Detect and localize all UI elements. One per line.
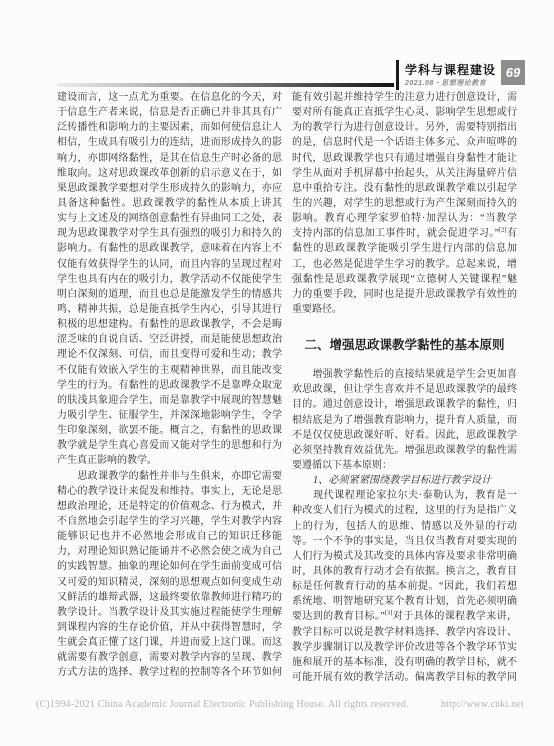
text-line: 为的教学行为进行创意设计。另外，需要特别指出 — [292, 120, 517, 135]
text-line: 的实践智慧。抽象的理论如何在学生面前变成可信 — [57, 559, 282, 574]
header-divider-bar — [396, 60, 399, 90]
text-line: 不仅能有效嵌入学生的主观精神世界，而且能改变 — [57, 363, 282, 378]
text-line: 学生从面对手机屏幕中抬起头，从关注海量碎片信 — [292, 166, 517, 181]
journal-page: 学科与课程建设 2021.08・思想理论教育 69 建设而言，这一点尤为重要。在… — [0, 0, 554, 746]
section-heading: 二、增强思政课教学黏性的基本原则 — [292, 337, 517, 354]
text-line: 增强教学黏性后的直接结果就是学生会更加喜 — [292, 367, 517, 382]
text-line: 现为思政课教学对学生具有强烈的吸引力和持久的 — [57, 226, 282, 241]
text-line: 到课程内容的生存论价值，并从中获得智慧时，学 — [57, 620, 282, 635]
subsection-heading: 1、必须紧紧围绕教学目标进行教学设计 — [292, 473, 517, 488]
text-line: 精心的教学设计来促发和维持。事实上，无论是思 — [57, 484, 282, 499]
text-line: 仅能有效获得学生的认同，而且内容的呈现过程对 — [57, 257, 282, 272]
text-line: 泛传播性和影响力的主要因素，而如何使信息让人 — [57, 120, 282, 135]
text-line: 支持内部的信息加工事件时，就会促进学习。”[2]有 — [292, 226, 517, 241]
text-line: 于信息生产者来说，信息是否正确已并非其具有广 — [57, 105, 282, 120]
text-line: 具备这种黏性。思政课教学的黏性从本质上讲其 — [57, 196, 282, 211]
left-column: 建设而言，这一点尤为重要。在信息化的今天，对于信息生产者来说，信息是否正确已并非… — [57, 90, 282, 685]
text-line: 教学目标可以说是教学材料选择、教学内容设计、 — [292, 625, 517, 640]
text-line: 产生真正影响的教学。 — [57, 453, 282, 468]
page-footer: (C)1994-2021 China Academic Journal Elec… — [36, 699, 524, 710]
text-line: 现代课程理论家拉尔夫·泰勒认为，教育是一 — [292, 488, 517, 503]
text-line: 要遵循以下基本原则： — [292, 458, 517, 473]
page-header: 学科与课程建设 2021.08・思想理论教育 69 — [396, 60, 525, 90]
text-line: 息中重拾专注。没有黏性的思政课教学难以引起学 — [292, 181, 517, 196]
right-column-text-1: 能有效引起并维持学生的注意力进行创意设计，需要对所有能真正直抵学生心灵、影响学生… — [292, 90, 517, 317]
text-line: 果思政课教学要想对学生形成持久的影响力，亦应 — [57, 181, 282, 196]
text-line: 生印象深刻，欲罢不能。概言之，有黏性的思政课 — [57, 423, 282, 438]
text-line: 标是任何教育行动的基本前提。“因此，我们若想 — [292, 579, 517, 594]
header-text: 学科与课程建设 2021.08・思想理论教育 — [405, 60, 496, 90]
cnki-url: http://www.cnki.net — [441, 699, 524, 710]
text-line: 影响。教育心理学家罗伯特·加涅认为：“当教学 — [292, 211, 517, 226]
text-line: 维取向。这对思政课改革创新的启示意义在于，如 — [57, 166, 282, 181]
text-line: 教学步骤制订以及教学评价改进等各个教学环节实 — [292, 640, 517, 655]
text-line: 不自然地会引起学生的学习兴趣，学生对教学内容 — [57, 514, 282, 529]
header-rule — [57, 83, 394, 87]
text-line: 生的兴趣，对学生的思想或行为产生深刻而持久的 — [292, 196, 517, 211]
text-line: 人们行为模式及其改变的具体内容及要求非常明确 — [292, 549, 517, 564]
text-line: 目的。通过创意设计，增强思政课教学的黏性，归 — [292, 397, 517, 412]
text-line: 重要路径。 — [292, 302, 517, 317]
copyright-text: (C)1994-2021 China Academic Journal Elec… — [36, 699, 409, 710]
text-line: 明白深刻的道理，而且也总是能激发学生的情感共 — [57, 287, 282, 302]
text-line: 影响力。有黏性的思政课教学，意味着在内容上不 — [57, 241, 282, 256]
text-line: 施和展开的基本标准，没有明确的教学目标，就不 — [292, 655, 517, 670]
text-line: 学生的行为。有黏性的思政课教学不是靠哗众取宠 — [57, 378, 282, 393]
text-line: 可能开展有效的教学活动。偏离教学目标的教学同 — [292, 670, 517, 685]
text-line: 力的重要手段，同时也是提升思政课教学有效性的 — [292, 287, 517, 302]
text-line: 时代，思政课教学也只有通过增强自身黏性才能让 — [292, 151, 517, 166]
text-line: 根结底是为了增强教育影响力，提升育人质量，而 — [292, 413, 517, 428]
text-line: 响力，亦即网络黏性，是其在信息生产时必备的思 — [57, 151, 282, 166]
text-line: 教学设计。当教学设计及其实施过程能使学生理解 — [57, 605, 282, 620]
page-number-badge: 69 — [501, 60, 525, 85]
text-line: 的是，信息时代是一个话语主体多元、众声喧哗的 — [292, 135, 517, 150]
text-line: 要达到的教育目标。”[3]对于具体的课程教学来讲， — [292, 609, 517, 624]
text-line: 要对所有能真正直抵学生心灵、影响学生思想或行 — [292, 105, 517, 120]
text-line: 工，也必然是促进学生学习的教学。总起来说，增 — [292, 257, 517, 272]
text-line: 黏性的思政课教学能吸引学生进行内部的信息加 — [292, 241, 517, 256]
text-line: 等。一个不争的事实是，当且仅当教育对要实现的 — [292, 534, 517, 549]
left-column-text: 建设而言，这一点尤为重要。在信息化的今天，对于信息生产者来说，信息是否正确已并非… — [57, 90, 282, 680]
text-line: 理论不仅深刻、可信，而且变得可爱和生动；教学 — [57, 347, 282, 362]
right-column-text-3: 现代课程理论家拉尔夫·泰勒认为，教育是一种改变人们行为模式的过程，这里的行为是指… — [292, 488, 517, 685]
text-line: 涩乏味的自说自话、空泛讲授，而是能使思想政治 — [57, 332, 282, 347]
article-body: 建设而言，这一点尤为重要。在信息化的今天，对于信息生产者来说，信息是否正确已并非… — [57, 90, 517, 685]
right-column: 能有效引起并维持学生的注意力进行创意设计，需要对所有能真正直抵学生心灵、影响学生… — [292, 90, 517, 685]
text-line: 时，具体的教育行动才会有依据。换言之，教育目 — [292, 564, 517, 579]
text-line: 积极的思想建构。有黏性的思政课教学，不会是晦 — [57, 317, 282, 332]
text-line: 力吸引学生、征服学生，并深深地影响学生，令学 — [57, 408, 282, 423]
text-line: 能够识记也并不必然地会形成自己的知识迁移能 — [57, 529, 282, 544]
text-line: 教学就是学生真心喜爱而又能对学生的思想和行为 — [57, 438, 282, 453]
section-title: 学科与课程建设 — [405, 61, 496, 78]
issue-info: 2021.08・思想理论教育 — [405, 78, 496, 88]
text-line: 建设而言，这一点尤为重要。在信息化的今天，对 — [57, 90, 282, 105]
text-line: 上的行为，包括人的思维、情感以及外显的行动 — [292, 519, 517, 534]
right-column-text-2: 增强教学黏性后的直接结果就是学生会更加喜欢思政课，但让学生喜欢并不是思政课教学的… — [292, 367, 517, 473]
text-line: 鸣、精神共振，总是能直抵学生内心，引导其进行 — [57, 302, 282, 317]
text-line: 不是仅仅使思政课好听、好看。因此，思政课教学 — [292, 428, 517, 443]
text-line: 想政治理论，还是特定的价值观念、行为模式，并 — [57, 499, 282, 514]
text-line: 学生也具有内在的吸引力，教学活动不仅能使学生 — [57, 272, 282, 287]
text-line: 实与上文述及的网络创意黏性有异曲同工之处，表 — [57, 211, 282, 226]
text-line: 思政课教学的黏性并非与生俱来，亦即它需要 — [57, 469, 282, 484]
text-line: 相信，生成具有吸引力的连结，进而形成持久的影 — [57, 135, 282, 150]
text-line: 系统地、明智地研究某个教育计划，首先必须明确 — [292, 594, 517, 609]
text-line: 又可爱的知识精灵，深刻的思想观点如何变成生动 — [57, 575, 282, 590]
text-line: 生就会真正懂了这门课，并进而爱上这门课。而这 — [57, 635, 282, 650]
text-line: 的肤浅具象迎合学生，而是靠教学中展现的智慧魅 — [57, 393, 282, 408]
text-line: 能有效引起并维持学生的注意力进行创意设计，需 — [292, 90, 517, 105]
text-line: 就需要有教学创意，需要对教学内容的呈现、教学 — [57, 650, 282, 665]
text-line: 欢思政课，但让学生喜欢并不是思政课教学的最终 — [292, 382, 517, 397]
text-line: 又鲜活的雄辩武器，这最终要依靠教师进行精巧的 — [57, 590, 282, 605]
text-line: 力，对理论知识熟记能诵并不必然会使之成为自己 — [57, 544, 282, 559]
text-line: 种改变人们行为模式的过程，这里的行为是指广义 — [292, 503, 517, 518]
text-line: 必须坚持教育效益优先。增强思政课教学的黏性需 — [292, 443, 517, 458]
text-line: 强黏性是思政课教学展现“立德树人关键课程”魅 — [292, 272, 517, 287]
text-line: 方式方法的选择、教学过程的控制等各个环节如何 — [57, 665, 282, 680]
